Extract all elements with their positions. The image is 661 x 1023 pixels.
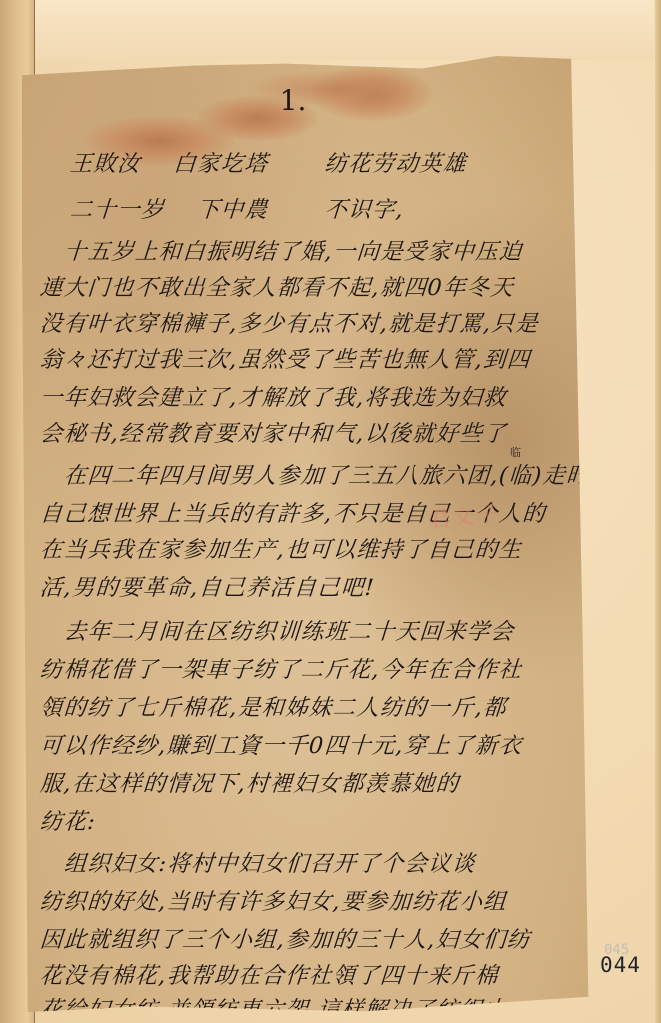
age: 二十一岁 [69,192,166,224]
top-page-edge [34,0,654,60]
text-line: 活,男的要革命,自己养活自己吧! [39,570,376,602]
text-line: 因此就组织了三个小组,参加的三十人,妇女们纺 [39,922,532,954]
text-line: 十五岁上和白振明结了婚,一向是受家中压迫 [39,234,524,266]
text-line: 服,在这样的情况下,村裡妇女都羡慕她的 [39,766,461,798]
text-line: 没有叶衣穿棉褲子,多少有点不对,就是打罵,只是 [39,306,540,338]
honor-title: 纺花劳动英雄 [324,146,468,178]
text-line: 可以作经纱,賺到工資一千0四十元,穿上了新衣 [39,728,524,760]
handwritten-sheet: 1. 王敗汝 白家圪塔 纺花劳动英雄 二十一岁 下中農 不识字, 十五岁上和白振… [22,56,594,1016]
text-line: 去年二月间在区纺织训练班二十天回来学会 [39,614,516,646]
text-line: 在四二年四月间男人参加了三五八旅六团,(临)走时 [39,458,591,490]
right-page-edge [655,0,661,1023]
subheader-line: 二十一岁 下中農 不识字, [69,192,405,224]
person-name: 王敗汝 [69,146,142,178]
text-line: 纺棉花借了一架車子纺了二斤花,今年在合作社 [39,652,524,684]
text-line: 组织妇女:将村中妇女们召开了个会议谈 [39,846,477,878]
literacy: 不识字, [324,192,406,224]
text-line: 翁々还打过我三次,虽然受了些苦也無人管,到四 [39,342,532,374]
text-line: 花没有棉花,我帮助在合作社領了四十来斤棉 [39,958,500,990]
text-line: 纺花: [39,804,97,836]
margin-correction: 临 [510,444,521,460]
text-line: 一年妇救会建立了,才解放了我,将我选为妇救 [39,380,508,412]
class-status: 下中農 [196,192,269,224]
page-marker: 1. [22,84,594,117]
text-line: 纺织的好处,当时有许多妇女,要参加纺花小组 [39,884,508,916]
header-line: 王敗汝 白家圪塔 纺花劳动英雄 [69,146,468,178]
archive-page-number: 044 [600,953,641,977]
text-line: 在当兵我在家参加生产,也可以维持了自己的生 [39,532,524,564]
text-line: 会秘书,经常教育要对家中和气,以後就好些了 [39,416,508,448]
village-name: 白家圪塔 [172,146,269,178]
text-line: 領的纺了七斤棉花,是和姊妹二人纺的一斤,都 [39,690,508,722]
text-line: 連大门也不敢出全家人都看不起,就四0年冬天 [39,270,515,302]
